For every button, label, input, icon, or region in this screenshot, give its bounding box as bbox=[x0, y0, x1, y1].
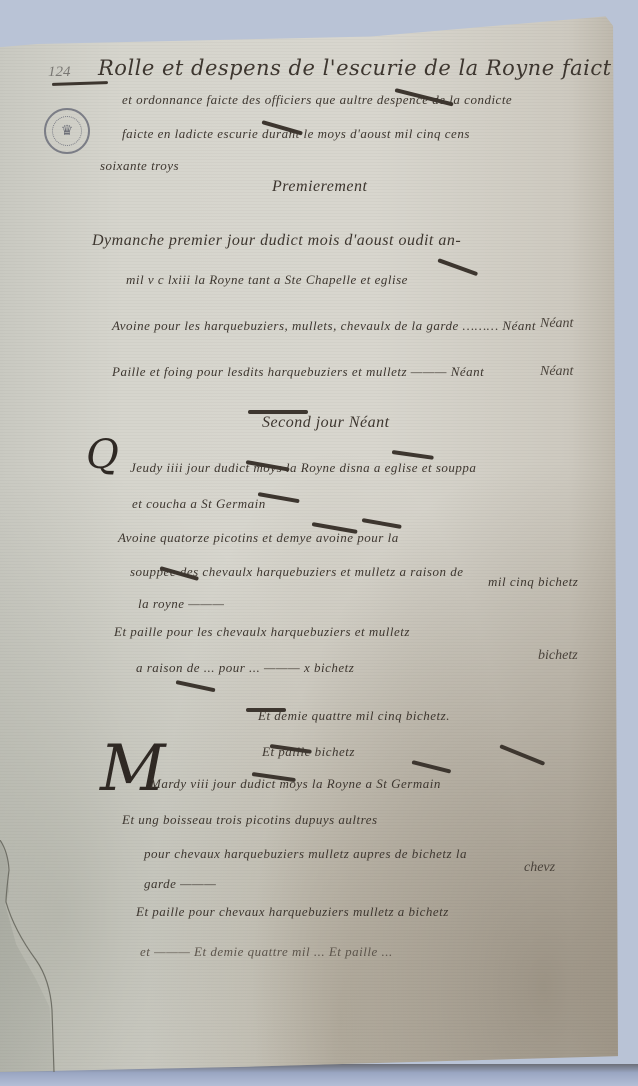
header-line-1: et ordonnance faicte des officiers que a… bbox=[122, 92, 512, 108]
entry-mardy-line-4: pour chevaux harquebuziers mulletz aupre… bbox=[144, 846, 467, 862]
drop-cap-m: M bbox=[100, 732, 166, 806]
crown-icon: ♛ bbox=[61, 124, 74, 138]
entry-mardy-line-5: garde ——— bbox=[144, 876, 216, 892]
document-title: Rolle et despens de l'escurie de la Royn… bbox=[98, 56, 612, 80]
heading-second-jour: Second jour Néant bbox=[262, 414, 390, 432]
entry-jeudy-line-2: et coucha a St Germain bbox=[132, 496, 266, 512]
margin-mark-bichetz: bichetz bbox=[538, 648, 578, 664]
entry-mardy-line-3: Et ung boisseau trois picotins dupuys au… bbox=[122, 812, 378, 828]
folio-number: 124 bbox=[48, 64, 71, 81]
margin-mark-neant-2: Néant bbox=[540, 364, 573, 380]
entry-paille-foin-1: Paille et foing pour lesdits harquebuzie… bbox=[112, 364, 484, 380]
section-heading-premierement: Premierement bbox=[272, 178, 367, 196]
header-line-3: soixante troys bbox=[100, 158, 179, 174]
library-stamp: ♛ bbox=[44, 108, 90, 154]
margin-mark-neant-1: Néant bbox=[540, 316, 573, 332]
heading-second-day-total: Et demie quattre mil cinq bichetz. bbox=[258, 708, 450, 724]
entry-paille-2-line-1: Et paille pour les chevaulx harquebuzier… bbox=[114, 624, 410, 640]
entry-closing: et ——— Et demie quattre mil ... Et paill… bbox=[140, 944, 393, 960]
entry-avoine-2-margin-total: mil cinq bichetz bbox=[488, 574, 578, 590]
margin-mark-chevz: chevz bbox=[524, 860, 555, 876]
drop-cap-q: Q bbox=[86, 432, 119, 478]
entry-avoine-1: Avoine pour les harquebuziers, mullets, … bbox=[112, 318, 536, 334]
entry-avoine-2-line-3: la royne ——— bbox=[138, 596, 224, 612]
entry-paille-2-line-2: a raison de ... pour ... ——— x bichetz bbox=[136, 660, 354, 676]
entry-mardy-line-6: Et paille pour chevaux harquebuziers mul… bbox=[136, 904, 449, 920]
entry-dimanche-line-1: Dymanche premier jour dudict mois d'aous… bbox=[92, 232, 461, 250]
entry-jeudy-line-1: Jeudy iiii jour dudict moys la Royne dis… bbox=[130, 460, 476, 476]
stamp-inner-ring: ♛ bbox=[52, 116, 82, 146]
entry-dimanche-line-2: mil v c lxiii la Royne tant a Ste Chapel… bbox=[126, 272, 408, 288]
